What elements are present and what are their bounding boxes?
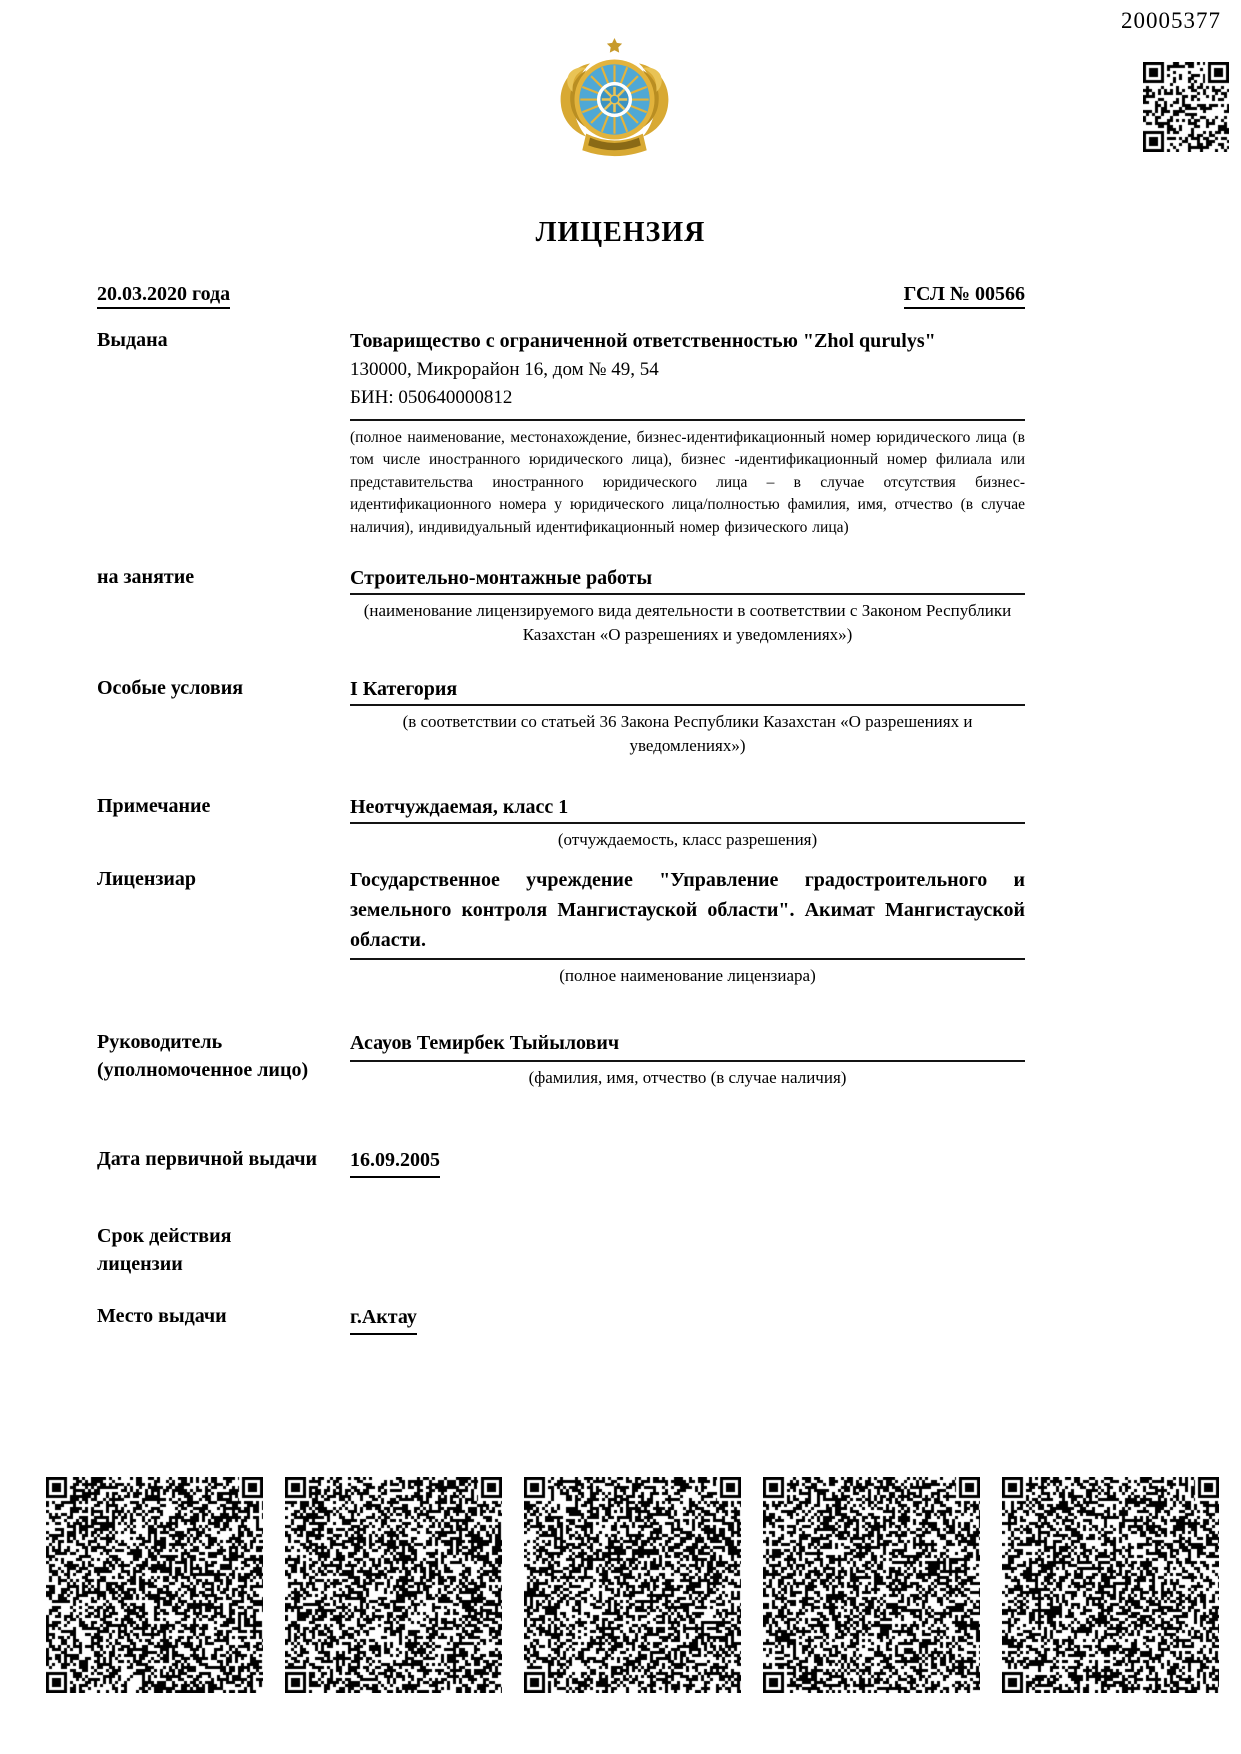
divider-line xyxy=(350,593,1025,595)
field-first-issue-date: Дата первичной выдачи 16.09.2005 xyxy=(97,1145,1025,1178)
divider-line xyxy=(350,822,1025,824)
company-name: Товарищество с ограниченной ответственно… xyxy=(350,326,1025,356)
field-label: Дата первичной выдачи xyxy=(97,1145,350,1178)
head-name: Асауов Темирбек Тыйылович xyxy=(350,1028,1025,1058)
barcode-block xyxy=(46,1477,263,1693)
date-number-row: 20.03.2020 года ГСЛ № 00566 xyxy=(97,283,1025,309)
field-label: Руководитель (уполномоченное лицо) xyxy=(97,1028,350,1090)
field-label: Лицензиар xyxy=(97,865,350,988)
divider-line xyxy=(350,1060,1025,1062)
divider-line xyxy=(350,704,1025,706)
divider-line xyxy=(350,958,1025,960)
activity-value: Строительно-монтажные работы xyxy=(350,563,1025,593)
field-note: (фамилия, имя, отчество (в случае наличи… xyxy=(350,1066,1025,1090)
company-bin: БИН: 050640000812 xyxy=(350,384,1025,412)
field-validity-period: Срок действия лицензии xyxy=(97,1222,1025,1278)
qr-code xyxy=(1143,62,1229,152)
barcode-block xyxy=(763,1477,980,1693)
validity-period-value xyxy=(350,1222,1025,1278)
field-place-of-issue: Место выдачи г.Актау xyxy=(97,1302,1025,1335)
license-body: 20.03.2020 года ГСЛ № 00566 Выдана Товар… xyxy=(97,0,1025,1335)
divider-line xyxy=(350,419,1025,421)
barcode-strip xyxy=(46,1477,1219,1693)
place-of-issue-value: г.Актау xyxy=(350,1302,417,1335)
barcode-block xyxy=(524,1477,741,1693)
field-issued-to: Выдана Товарищество с ограниченной ответ… xyxy=(97,326,1025,539)
field-note: (полное наименование, местонахождение, б… xyxy=(350,427,1025,539)
barcode-block xyxy=(1002,1477,1219,1693)
barcode-block xyxy=(285,1477,502,1693)
license-number: ГСЛ № 00566 xyxy=(904,283,1025,309)
field-note: (в соответствии со статьей 36 Закона Рес… xyxy=(350,710,1025,758)
special-conditions-value: I Категория xyxy=(350,674,1025,704)
field-licensor: Лицензиар Государственное учреждение "Уп… xyxy=(97,865,1025,988)
field-note: (полное наименование лицензиара) xyxy=(350,964,1025,988)
field-activity: на занятие Строительно-монтажные работы … xyxy=(97,563,1025,647)
doc-number: 20005377 xyxy=(1121,8,1221,34)
licensor-value: Государственное учреждение "Управление г… xyxy=(350,865,1025,955)
field-label: Выдана xyxy=(97,326,350,539)
field-label: Особые условия xyxy=(97,674,350,758)
company-address: 130000, Микрорайон 16, дом № 49, 54 xyxy=(350,356,1025,384)
field-note: (отчуждаемость, класс разрешения) xyxy=(350,828,1025,852)
field-head: Руководитель (уполномоченное лицо) Асауо… xyxy=(97,1028,1025,1090)
first-issue-date-value: 16.09.2005 xyxy=(350,1145,440,1178)
field-special-conditions: Особые условия I Категория (в соответств… xyxy=(97,674,1025,758)
field-remark: Примечание Неотчуждаемая, класс 1 (отчуж… xyxy=(97,792,1025,852)
remark-value: Неотчуждаемая, класс 1 xyxy=(350,792,1025,822)
field-note: (наименование лицензируемого вида деятел… xyxy=(350,599,1025,647)
field-label: Срок действия лицензии xyxy=(97,1222,350,1278)
field-label: Место выдачи xyxy=(97,1302,350,1335)
field-label: на занятие xyxy=(97,563,350,647)
field-label: Примечание xyxy=(97,792,350,852)
issue-date: 20.03.2020 года xyxy=(97,283,230,309)
